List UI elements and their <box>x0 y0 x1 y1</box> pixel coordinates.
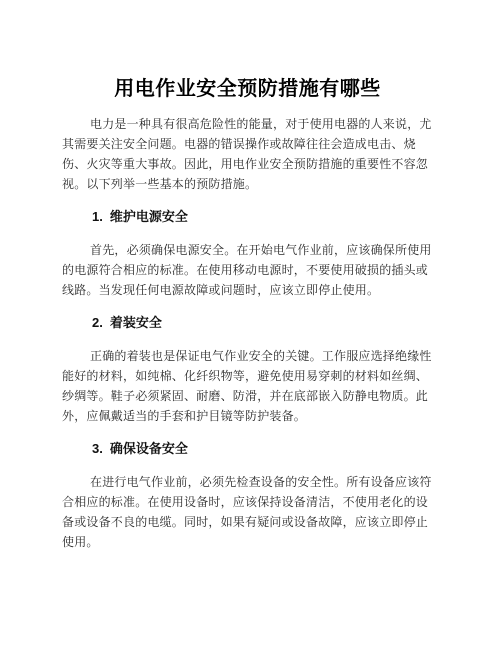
section-1-body: 首先，必须确保电源安全。在开始电气作业前，应该确保所使用的电源符合相应的标准。在… <box>62 240 433 300</box>
document-title: 用电作业安全预防措施有哪些 <box>62 76 433 102</box>
section-1-title: 维护电源安全 <box>110 209 188 224</box>
section-2-number: 2. <box>92 315 103 331</box>
section-3-body: 在进行电气作业前，必须先检查设备的安全性。所有设备应该符合相应的标准。在使用设备… <box>62 472 433 552</box>
section-3-title: 确保设备安全 <box>110 441 188 456</box>
section-2-title: 着装安全 <box>110 315 162 330</box>
section-3-heading: 3.确保设备安全 <box>92 441 433 457</box>
section-clothing-safety: 2.着装安全 正确的着装也是保证电气作业安全的关键。工作服应选择绝缘性能好的材料… <box>62 315 433 426</box>
intro-paragraph: 电力是一种具有很高危险性的能量，对于使用电器的人来说，尤其需要关注安全问题。电器… <box>62 114 433 194</box>
document-page: 用电作业安全预防措施有哪些 电力是一种具有很高危险性的能量，对于使用电器的人来说… <box>0 0 500 647</box>
section-2-heading: 2.着装安全 <box>92 315 433 331</box>
section-1-number: 1. <box>92 209 103 225</box>
section-equipment-safety: 3.确保设备安全 在进行电气作业前，必须先检查设备的安全性。所有设备应该符合相应… <box>62 441 433 552</box>
section-1-heading: 1.维护电源安全 <box>92 209 433 225</box>
section-2-body: 正确的着装也是保证电气作业安全的关键。工作服应选择绝缘性能好的材料，如纯棉、化纤… <box>62 346 433 426</box>
section-power-safety: 1.维护电源安全 首先，必须确保电源安全。在开始电气作业前，应该确保所使用的电源… <box>62 209 433 300</box>
section-3-number: 3. <box>92 441 103 457</box>
